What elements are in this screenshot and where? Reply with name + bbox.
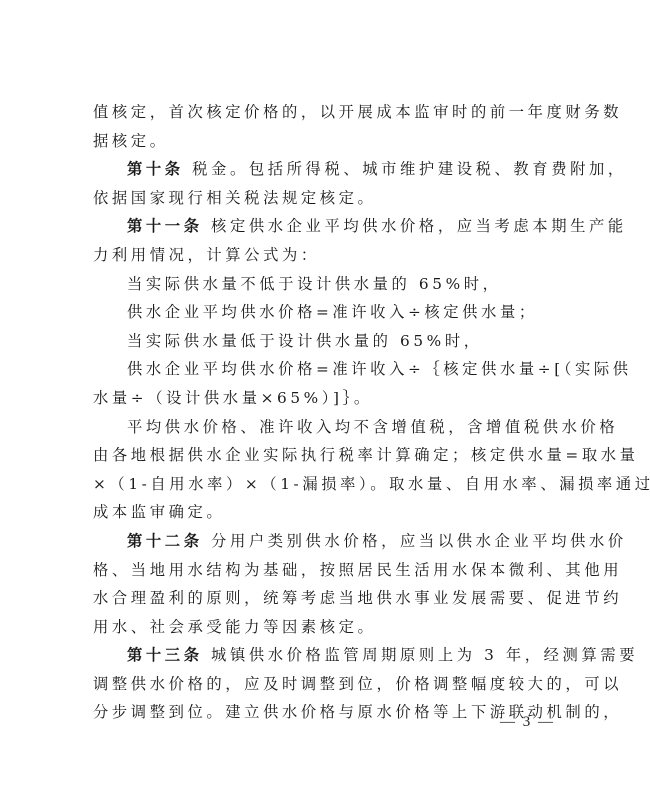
text-line: 用水、社会承受能力等因素核定。 [93, 613, 555, 642]
document-body: 值核定，首次核定价格的，以开展成本监审时的前一年度财务数 据核定。 第十条 税金… [93, 98, 555, 727]
formula-line: 供水企业平均供水价格=准许收入÷核定供水量； [93, 298, 555, 327]
article-heading: 第十二条 [127, 532, 203, 550]
text-line: 由各地根据供水企业实际执行税率计算确定；核定供水量=取水量 [93, 441, 555, 470]
article-heading: 第十一条 [127, 217, 203, 235]
text-line: 分步调整到位。建立供水价格与原水价格等上下游联动机制的， [93, 698, 555, 727]
formula-condition-line: 当实际供水量低于设计供水量的 65%时， [93, 327, 555, 356]
formula-condition-line: 当实际供水量不低于设计供水量的 65%时， [93, 270, 555, 299]
article-10-line: 第十条 税金。包括所得税、城市维护建设税、教育费附加， [93, 155, 555, 184]
text-line: 水合理盈利的原则，统筹考虑当地供水事业发展需要、促进节约 [93, 584, 555, 613]
formula-line: 水量÷（设计供水量×65%）]｝。 [93, 384, 555, 413]
text-line: 力利用情况，计算公式为： [93, 241, 555, 270]
article-heading: 第十条 [127, 160, 184, 178]
text-line: 值核定，首次核定价格的，以开展成本监审时的前一年度财务数 [93, 98, 555, 127]
article-11-line: 第十一条 核定供水企业平均供水价格，应当考虑本期生产能 [93, 212, 555, 241]
page-number: — 3 — [500, 714, 555, 731]
text-line: 格、当地用水结构为基础，按照居民生活用水保本微利、其他用 [93, 556, 555, 585]
text-line: 依据国家现行相关税法规定核定。 [93, 184, 555, 213]
text-line: ×（1-自用水率）×（1-漏损率）。取水量、自用水率、漏损率通过 [93, 470, 555, 499]
formula-line: 供水企业平均供水价格=准许收入÷｛核定供水量÷[（实际供 [93, 355, 555, 384]
document-page: 值核定，首次核定价格的，以开展成本监审时的前一年度财务数 据核定。 第十条 税金… [0, 0, 650, 800]
text-line: 据核定。 [93, 127, 555, 156]
article-heading: 第十三条 [127, 646, 203, 664]
text-line: 平均供水价格、准许收入均不含增值税，含增值税供水价格 [93, 413, 555, 442]
text-line: 调整供水价格的，应及时调整到位，价格调整幅度较大的，可以 [93, 670, 555, 699]
text-line: 成本监审确定。 [93, 498, 555, 527]
article-13-line: 第十三条 城镇供水价格监管周期原则上为 3 年，经测算需要 [93, 641, 555, 670]
article-12-line: 第十二条 分用户类别供水价格，应当以供水企业平均供水价 [93, 527, 555, 556]
